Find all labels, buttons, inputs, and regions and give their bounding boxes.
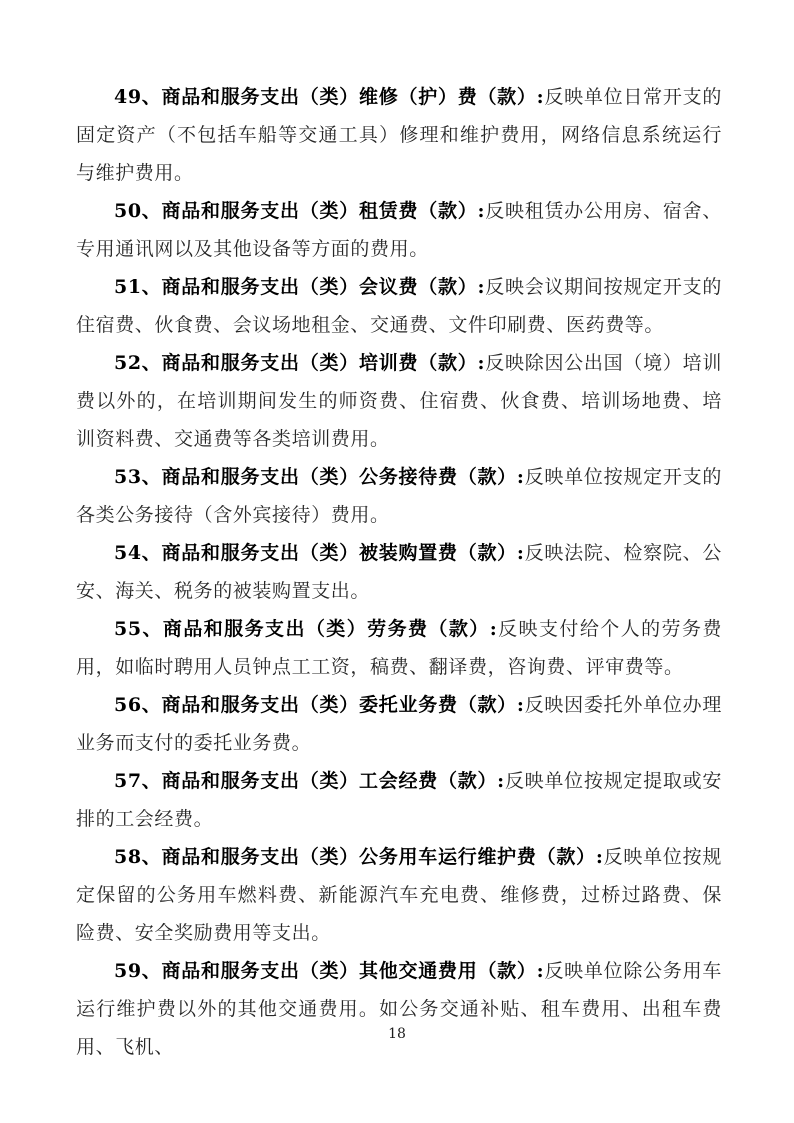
expense-item-heading: 59、商品和服务支出（类）其他交通费用（款）:	[114, 960, 544, 982]
expense-item-paragraph: 49、商品和服务支出（类）维修（护）费（款）:反映单位日常开支的固定资产（不包括…	[76, 78, 722, 192]
expense-item-paragraph: 50、商品和服务支出（类）租赁费（款）:反映租赁办公用房、宿舍、专用通讯网以及其…	[76, 192, 722, 268]
expense-item-paragraph: 52、商品和服务支出（类）培训费（款）:反映除因公出国（境）培训费以外的，在培训…	[76, 344, 722, 458]
expense-item-paragraph: 53、商品和服务支出（类）公务接待费（款）:反映单位按规定开支的各类公务接待（含…	[76, 458, 722, 534]
document-page: 49、商品和服务支出（类）维修（护）费（款）:反映单位日常开支的固定资产（不包括…	[0, 0, 794, 1123]
expense-item-paragraph: 56、商品和服务支出（类）委托业务费（款）:反映因委托外单位办理业务而支付的委托…	[76, 686, 722, 762]
expense-item-heading: 52、商品和服务支出（类）培训费（款）:	[114, 352, 485, 374]
expense-item-heading: 54、商品和服务支出（类）被装购置费（款）:	[114, 542, 525, 564]
expense-item-paragraph: 57、商品和服务支出（类）工会经费（款）:反映单位按规定提取或安排的工会经费。	[76, 762, 722, 838]
expense-item-paragraph: 55、商品和服务支出（类）劳务费（款）:反映支付给个人的劳务费用，如临时聘用人员…	[76, 610, 722, 686]
expense-item-heading: 50、商品和服务支出（类）租赁费（款）:	[114, 200, 485, 222]
expense-item-heading: 53、商品和服务支出（类）公务接待费（款）:	[114, 466, 525, 488]
page-number: 18	[0, 1026, 794, 1042]
expense-item-paragraph: 51、商品和服务支出（类）会议费（款）:反映会议期间按规定开支的住宿费、伙食费、…	[76, 268, 722, 344]
expense-item-heading: 58、商品和服务支出（类）公务用车运行维护费（款）:	[114, 846, 604, 868]
expense-item-heading: 49、商品和服务支出（类）维修（护）费（款）:	[114, 86, 544, 108]
expense-item-paragraph: 54、商品和服务支出（类）被装购置费（款）:反映法院、检察院、公安、海关、税务的…	[76, 534, 722, 610]
expense-item-heading: 51、商品和服务支出（类）会议费（款）:	[114, 276, 485, 298]
expense-item-paragraph: 59、商品和服务支出（类）其他交通费用（款）:反映单位除公务用车运行维护费以外的…	[76, 952, 722, 1066]
document-body: 49、商品和服务支出（类）维修（护）费（款）:反映单位日常开支的固定资产（不包括…	[76, 78, 722, 1066]
expense-item-paragraph: 58、商品和服务支出（类）公务用车运行维护费（款）:反映单位按规定保留的公务用车…	[76, 838, 722, 952]
expense-item-heading: 56、商品和服务支出（类）委托业务费（款）:	[114, 694, 525, 716]
expense-item-heading: 57、商品和服务支出（类）工会经费（款）:	[114, 770, 505, 792]
expense-item-heading: 55、商品和服务支出（类）劳务费（款）:	[114, 618, 497, 640]
